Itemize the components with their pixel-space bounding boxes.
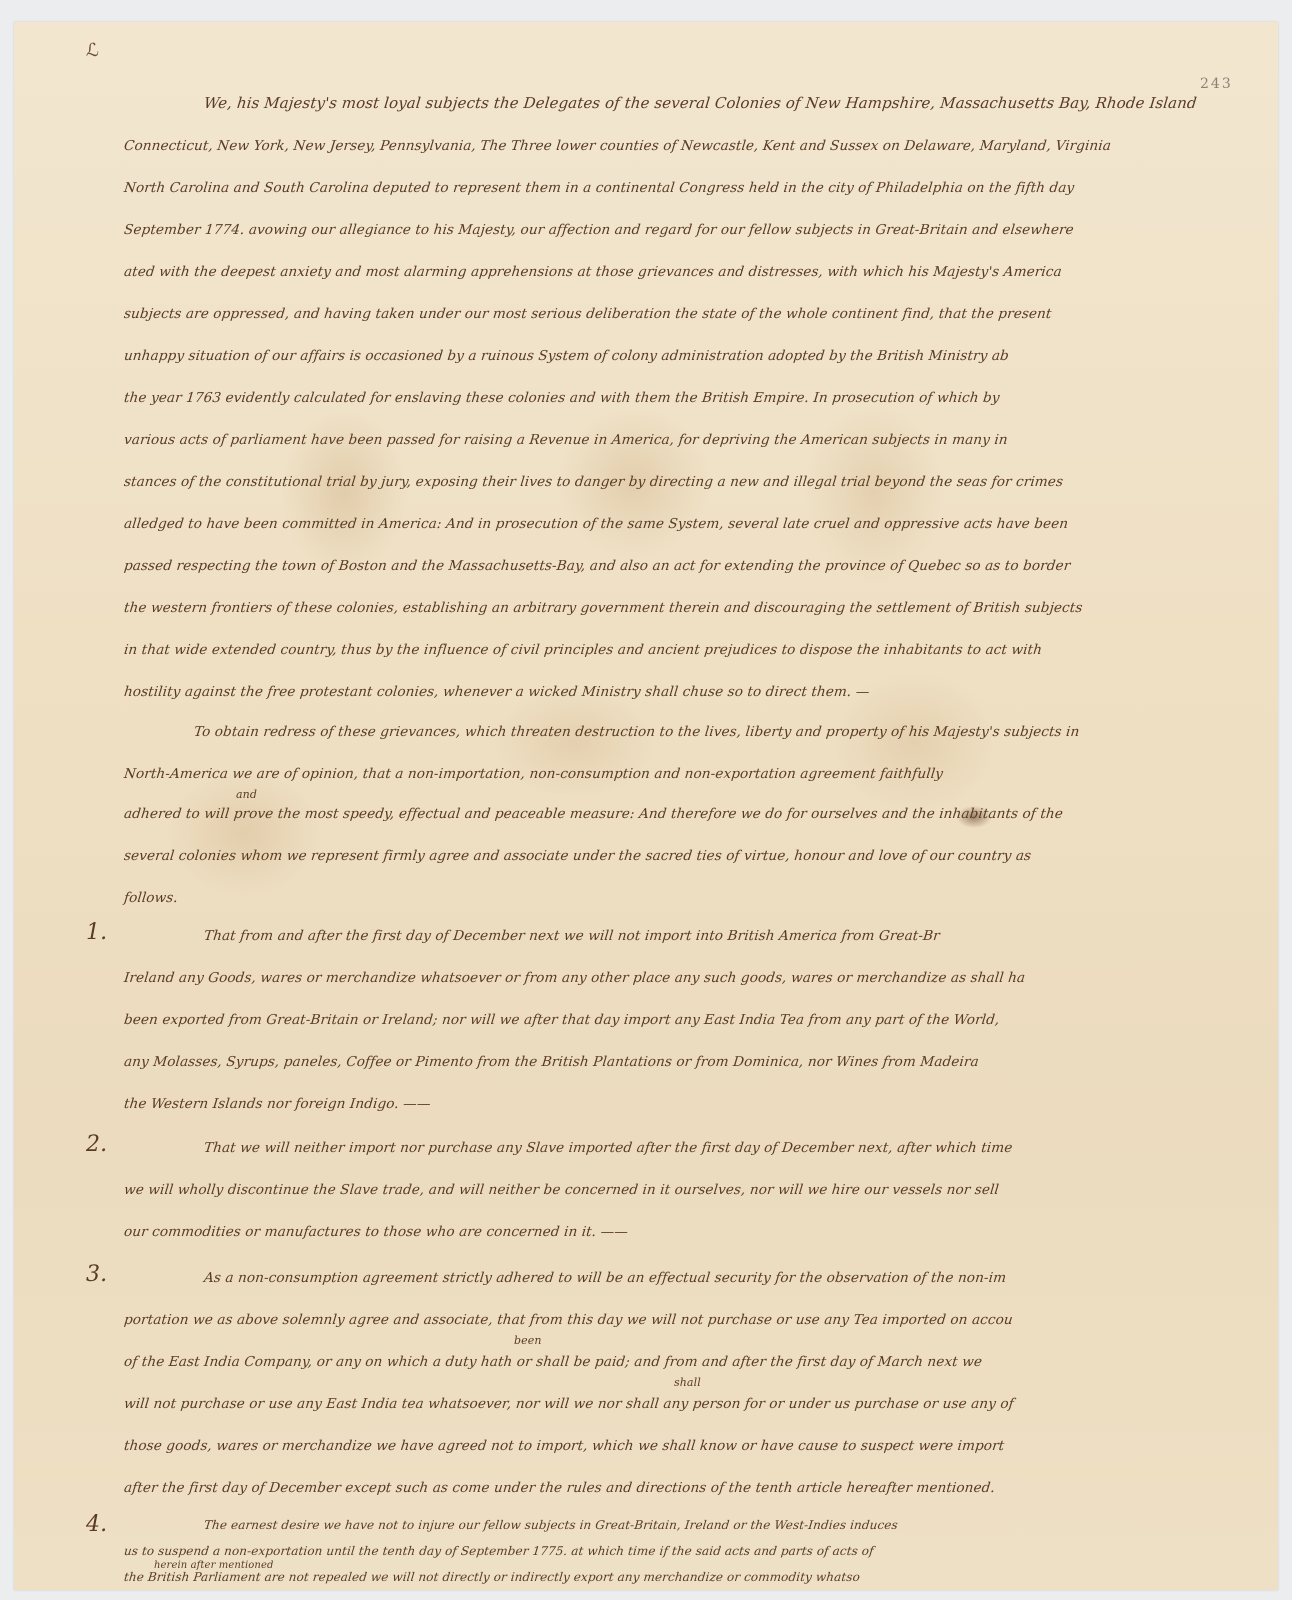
article-line: portation we as above solemnly agree and… xyxy=(123,1312,1013,1328)
article-line: been exported from Great-Britain or Irel… xyxy=(123,1012,1000,1028)
preamble-line: in that wide extended country, thus by t… xyxy=(123,642,1043,658)
paragraph-line: To obtain redress of these grievances, w… xyxy=(193,724,1080,740)
article-line: any Molasses, Syrups, paneles, Coffee or… xyxy=(123,1054,979,1070)
preamble-line: September 1774. avowing our allegiance t… xyxy=(123,222,1074,238)
article-line: our commodities or manufactures to those… xyxy=(123,1224,629,1240)
preamble-line: the year 1763 evidently calculated for e… xyxy=(123,390,1000,406)
preamble-line: We, his Majesty's most loyal subjects th… xyxy=(203,94,1198,112)
manuscript-page: ℒ 243 We, his Majesty's most loyal subje… xyxy=(14,22,1278,1590)
preamble-line: North Carolina and South Carolina depute… xyxy=(123,180,1075,196)
article-line: the British Parliament are not repealed … xyxy=(123,1570,860,1584)
interlinear-insert: been xyxy=(514,1334,542,1347)
preamble-line: Connecticut, New York, New Jersey, Penns… xyxy=(123,138,1112,154)
article-line: those goods, wares or merchandize we hav… xyxy=(123,1438,1005,1454)
preamble-line: the western frontiers of these colonies,… xyxy=(123,600,1083,616)
article-line: As a non-consumption agreement strictly … xyxy=(203,1270,1007,1286)
paragraph-line: several colonies whom we represent firml… xyxy=(123,848,1032,864)
article-line: of the East India Company, or any on whi… xyxy=(123,1354,983,1370)
paragraph-line: adhered to will prove the most speedy, e… xyxy=(123,806,1064,822)
preamble-line: ated with the deepest anxiety and most a… xyxy=(123,264,1062,280)
preamble-line: subjects are oppressed, and having taken… xyxy=(123,306,1052,322)
interlinear-insert: shall xyxy=(674,1376,701,1389)
article-line: The earnest desire we have not to injure… xyxy=(203,1518,898,1532)
preamble-line: passed respecting the town of Boston and… xyxy=(123,558,1071,574)
article-line: will not purchase or use any East India … xyxy=(123,1396,1015,1412)
article-line: us to suspend a non-exportation until th… xyxy=(123,1544,874,1558)
article-line: That we will neither import nor purchase… xyxy=(203,1140,1013,1156)
preamble-line: alledged to have been committed in Ameri… xyxy=(123,516,1069,532)
paragraph-line: follows. xyxy=(123,890,179,906)
article-number: 2. xyxy=(86,1132,107,1157)
article-number: 3. xyxy=(86,1262,107,1287)
preamble-line: unhappy situation of our affairs is occa… xyxy=(123,348,1010,364)
interlinear-insert: and xyxy=(236,788,257,801)
preamble-line: stances of the constitutional trial by j… xyxy=(123,474,1064,490)
handwritten-text: We, his Majesty's most loyal subjects th… xyxy=(14,22,1278,1590)
article-line: we will wholly discontinue the Slave tra… xyxy=(123,1182,1000,1198)
preamble-line: hostility against the free protestant co… xyxy=(123,684,870,700)
article-line: Ireland any Goods, wares or merchandize … xyxy=(123,970,1026,986)
article-line: after the first day of December except s… xyxy=(123,1480,996,1496)
article-line: That from and after the first day of Dec… xyxy=(203,928,940,944)
article-line: the Western Islands nor foreign Indigo. … xyxy=(123,1096,431,1112)
preamble-line: various acts of parliament have been pas… xyxy=(123,432,1008,448)
article-number: 4. xyxy=(86,1512,107,1537)
article-number: 1. xyxy=(86,920,107,945)
paragraph-line: North-America we are of opinion, that a … xyxy=(123,766,944,782)
